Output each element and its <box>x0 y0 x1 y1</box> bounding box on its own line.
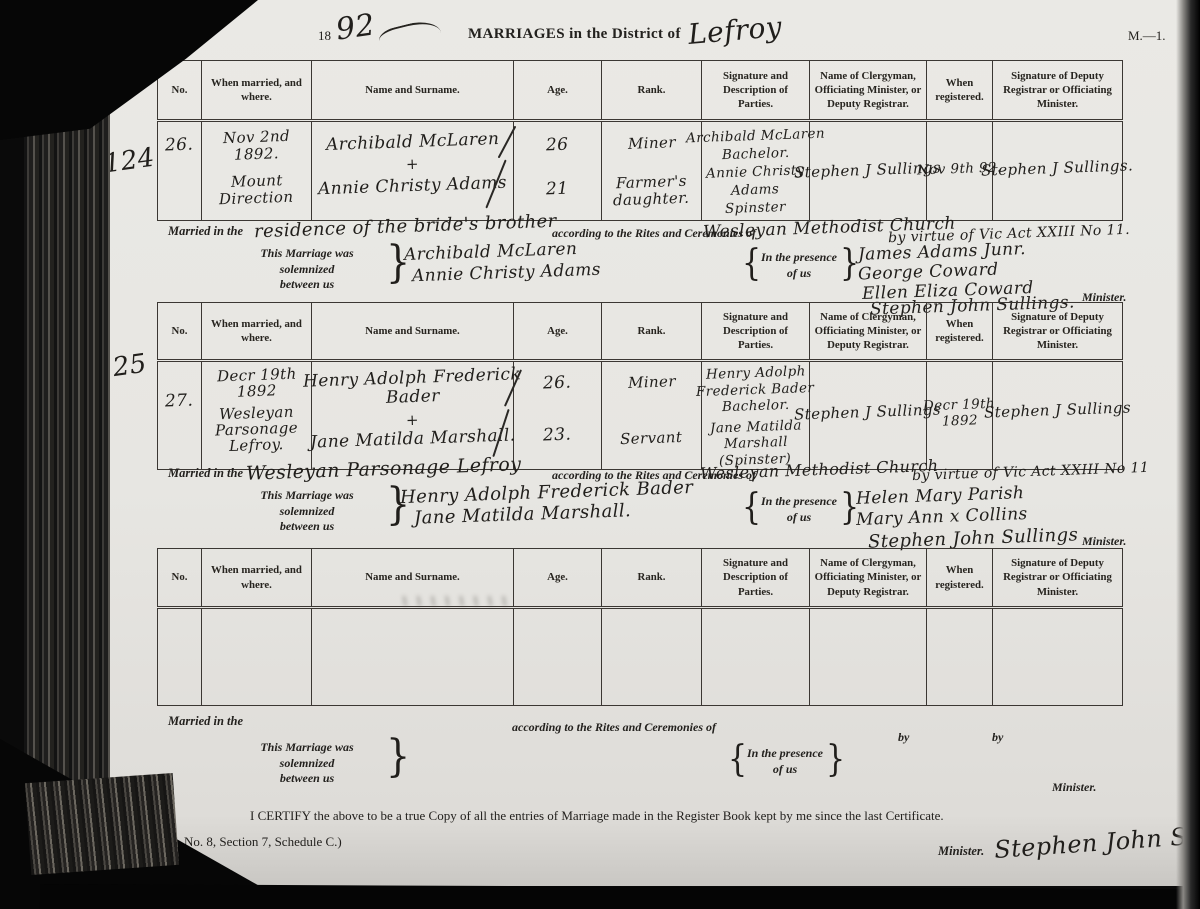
solemnized-label: This Marriage was solemnized between us <box>232 740 382 787</box>
cell-when-married-empty <box>202 608 312 706</box>
by-label: by <box>992 730 1003 745</box>
cell-deputy-signature: Stephen J Sullings. <box>993 121 1123 221</box>
register-table-1: No. When married, and where. Name and Su… <box>157 60 1123 221</box>
groom-rank: Miner <box>627 134 675 153</box>
col-header-clergyman: Name of Clergyman, Officiating Minister,… <box>810 61 927 121</box>
col-header-name: Name and Surname. <box>312 303 514 361</box>
presence-label: In the presence of us <box>756 250 842 281</box>
cell-ages: 26 21 <box>514 121 602 221</box>
presence-line1: In the presence <box>761 494 837 508</box>
col-header-age: Age. <box>514 303 602 361</box>
cell-when-married: Nov 2nd 1892. Mount Direction <box>202 121 312 221</box>
married-in-label: Married in the <box>168 466 243 481</box>
cell-ranks: Miner Servant <box>602 361 702 470</box>
solemnized-line1: This Marriage was solemnized <box>260 246 353 276</box>
col-header-signature-parties: Signature and Description of Parties. <box>702 549 810 608</box>
marriage-place: Direction <box>219 189 294 209</box>
by-label: by <box>898 730 909 745</box>
bride-signature: Adams <box>731 180 780 200</box>
groom-name: Archibald McLaren <box>325 128 499 156</box>
cell-registered-empty <box>927 608 993 706</box>
groom-age: 26 <box>546 135 569 156</box>
presence-label: In the presence of us <box>756 494 842 525</box>
registered-year: 1892 <box>941 412 978 429</box>
col-header-deputy-signature: Signature of Deputy Registrar or Officia… <box>993 303 1123 361</box>
brace: } <box>386 731 410 782</box>
groom-signature: Frederick Bader <box>696 379 815 400</box>
bride-signature: Annie Christy <box>706 161 805 182</box>
cell-names: Henry Adolph Frederick Bader + Jane Mati… <box>312 361 514 470</box>
groom-rank: Miner <box>627 372 675 392</box>
bride-condition: Spinster <box>725 198 786 218</box>
col-header-when-registered: When registered. <box>927 303 993 361</box>
cell-deputy-signature-empty <box>993 608 1123 706</box>
bride-signature: Jane Matilda <box>709 417 801 437</box>
presence-line1: In the presence <box>761 250 837 264</box>
solemnized-line1: This Marriage was solemnized <box>260 740 353 770</box>
cell-no: 27. <box>158 361 202 470</box>
col-header-no: No. <box>158 549 202 608</box>
bride-rank: daughter. <box>613 190 690 210</box>
col-header-signature-parties: Signature and Description of Parties. <box>702 303 810 361</box>
book-binding-corner <box>25 773 179 875</box>
plus-mark: + <box>406 411 420 430</box>
groom-condition: Bachelor. <box>721 397 789 416</box>
form-number: M.—1. <box>1128 28 1166 44</box>
bride-age: 23. <box>543 425 572 446</box>
solemnized-line2: between us <box>280 277 334 291</box>
cell-when-married: Decr 19th 1892 Wesleyan Parsonage Lefroy… <box>202 361 312 470</box>
bride-name: Jane Matilda Marshall. <box>309 426 515 452</box>
entry-no: 27. <box>165 391 194 412</box>
clergyman-signature: Stephen J Sullings <box>794 400 942 423</box>
cell-no: 26. <box>158 121 202 221</box>
col-header-clergyman: Name of Clergyman, Officiating Minister,… <box>810 303 927 361</box>
year-prefix: 18 <box>318 28 331 44</box>
marriage-year: 1892 <box>236 382 276 399</box>
solemnized-label: This Marriage was solemnized between us <box>232 246 382 293</box>
bride-signature: Marshall <box>723 434 787 453</box>
cell-ages-empty <box>514 608 602 706</box>
married-in-label: Married in the <box>168 224 243 239</box>
bride-age: 21 <box>546 179 569 200</box>
solemnized-line1: This Marriage was solemnized <box>260 488 353 518</box>
cell-no-empty <box>158 608 202 706</box>
col-header-age: Age. <box>514 61 602 121</box>
cell-clergyman-empty <box>810 608 927 706</box>
scanned-register-page: 18 92 MARRIAGES in the District of Lefro… <box>0 0 1200 909</box>
minister-label: Minister. <box>1082 534 1126 549</box>
year-handwritten: 92 <box>334 7 377 47</box>
according-label: according to the Rites and Ceremonies of <box>512 720 716 735</box>
col-header-when-married: When married, and where. <box>202 303 312 361</box>
col-header-name: Name and Surname. <box>312 61 514 121</box>
col-header-signature-parties: Signature and Description of Parties. <box>702 61 810 121</box>
solemnized-line2: between us <box>280 519 334 533</box>
presence-label: In the presence of us <box>742 746 828 777</box>
register-table-3: No. When married, and where. Name and Su… <box>157 548 1123 706</box>
certify-statement: I CERTIFY the above to be a true Copy of… <box>250 808 944 824</box>
cell-signatures-empty <box>702 608 810 706</box>
entry-no: 26. <box>165 135 194 156</box>
col-header-when-registered: When registered. <box>927 549 993 608</box>
bride-rank: Servant <box>620 428 683 448</box>
page-title: MARRIAGES in the District of <box>468 26 681 43</box>
col-header-no: No. <box>158 303 202 361</box>
brace: } <box>826 739 845 781</box>
cell-ages: 26. 23. <box>514 361 602 470</box>
cell-names: Archibald McLaren + Annie Christy Adams <box>312 121 514 221</box>
deputy-signature: Stephen J Sullings. <box>981 156 1134 179</box>
presence-line2: of us <box>773 762 797 776</box>
solemnized-label: This Marriage was solemnized between us <box>232 488 382 535</box>
col-header-deputy-signature: Signature of Deputy Registrar or Officia… <box>993 61 1123 121</box>
register-table-2: No. When married, and where. Name and Su… <box>157 302 1123 470</box>
presence-line1: In the presence <box>747 746 823 760</box>
ink-bleed-mark <box>398 596 508 606</box>
cell-ranks-empty <box>602 608 702 706</box>
cell-clergyman: Stephen J Sullings <box>810 121 927 221</box>
cell-names-empty <box>312 608 514 706</box>
groom-name: Bader <box>385 387 439 408</box>
deputy-signature: Stephen J Sullings <box>984 398 1132 421</box>
col-header-when-married: When married, and where. <box>202 61 312 121</box>
cell-registered: Decr 19th 1892 <box>927 361 993 470</box>
solemnized-line2: between us <box>280 771 334 785</box>
scan-edge-right <box>1176 0 1200 909</box>
cell-clergyman: Stephen J Sullings <box>810 361 927 470</box>
presence-line2: of us <box>787 266 811 280</box>
col-header-rank: Rank. <box>602 61 702 121</box>
presence-line2: of us <box>787 510 811 524</box>
cell-deputy-signature: Stephen J Sullings <box>993 361 1123 470</box>
minister-label: Minister. <box>1052 780 1096 795</box>
brace: } <box>840 243 859 285</box>
groom-condition: Bachelor. <box>721 144 789 164</box>
col-header-when-registered: When registered. <box>927 61 993 121</box>
col-header-clergyman: Name of Clergyman, Officiating Minister,… <box>810 549 927 608</box>
minister-label: Minister. <box>938 844 984 859</box>
col-header-rank: Rank. <box>602 303 702 361</box>
marriage-year: 1892. <box>234 145 280 164</box>
col-header-age: Age. <box>514 549 602 608</box>
groom-age: 26. <box>543 373 572 394</box>
bride-name: Annie Christy Adams <box>318 172 508 201</box>
married-in-label: Married in the <box>168 714 243 729</box>
plus-mark: + <box>406 153 420 175</box>
marriage-place: Lefroy. <box>229 436 284 454</box>
col-header-rank: Rank. <box>602 549 702 608</box>
col-header-when-married: When married, and where. <box>202 549 312 608</box>
col-header-deputy-signature: Signature of Deputy Registrar or Officia… <box>993 549 1123 608</box>
scan-edge-bottom <box>40 884 1200 909</box>
